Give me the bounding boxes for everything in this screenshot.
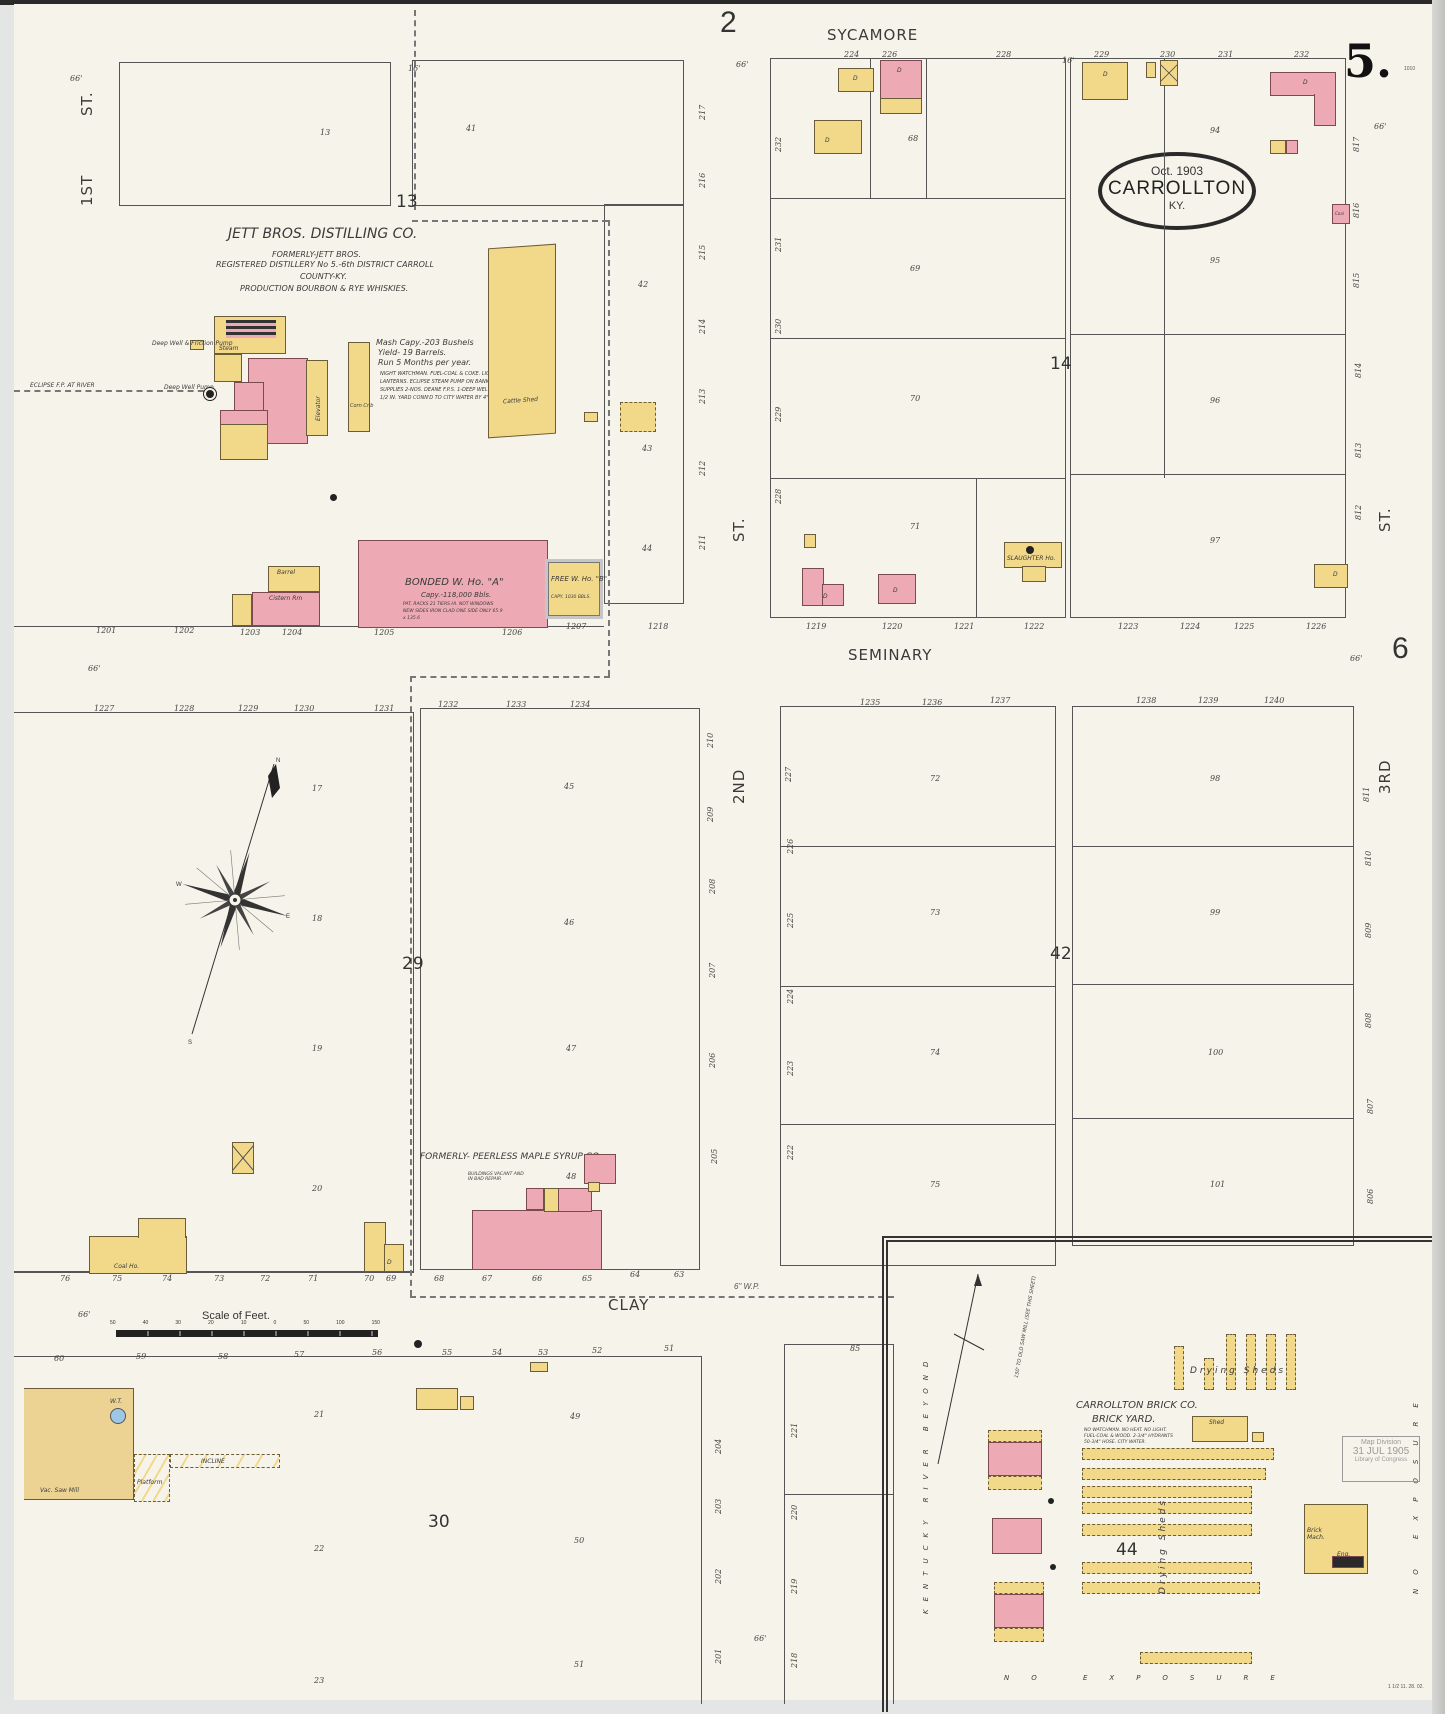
address: 1221: [954, 622, 974, 631]
distillery-formerly: FORMERLY-JETT BROS.: [272, 250, 361, 259]
address: 811: [1362, 787, 1371, 802]
hydrant-dot: [1050, 1564, 1056, 1570]
drying-shed: [1082, 1468, 1266, 1480]
address: 220: [790, 1505, 799, 1520]
address: 223: [786, 1061, 795, 1076]
address: 1230: [294, 704, 314, 713]
address: 206: [708, 1053, 717, 1068]
address: 224: [844, 50, 859, 59]
address: 70: [364, 1274, 374, 1283]
drying-sheds-vertical-label: Drying Sheds: [1158, 1498, 1168, 1594]
adjacent-sheet-top: 2: [720, 6, 737, 40]
address: 1231: [374, 704, 394, 713]
address: 217: [698, 105, 707, 120]
lot-41: [412, 60, 684, 206]
lot-number: 20: [312, 1184, 322, 1193]
lot-number: 100: [1208, 1048, 1223, 1057]
no-exposure-bottom: NO EXPOSURE: [1004, 1674, 1297, 1682]
corner-note: 1 1/2 11. 28. 02.: [1388, 1684, 1424, 1690]
lot-number: 19: [312, 1044, 322, 1053]
water-tank: [110, 1408, 126, 1424]
address: 232: [1294, 50, 1309, 59]
address: 85: [850, 1344, 860, 1353]
mash-capacity: Mash Capy.-203 Bushels: [376, 338, 474, 347]
street-sycamore: SYCAMORE: [827, 26, 918, 44]
address: 226: [882, 50, 897, 59]
street-line-clay: [14, 1272, 414, 1273]
address: 51: [664, 1344, 674, 1353]
lot-divider: [1072, 1118, 1354, 1119]
lot-number: 74: [930, 1048, 940, 1057]
lot-number: 47: [566, 1044, 576, 1053]
address: 64: [630, 1270, 640, 1279]
address: 231: [774, 237, 783, 252]
drying-shed: [1174, 1346, 1184, 1390]
brickyard-notes: NO WATCHMAN. NO HEAT. NO LIGHT. FUEL-COA…: [1084, 1428, 1176, 1446]
address: 1235: [860, 698, 880, 707]
lot-number: 94: [1210, 126, 1220, 135]
kiln: [994, 1594, 1044, 1628]
lot-number: 21: [314, 1410, 324, 1419]
address: 1207: [566, 622, 586, 631]
no-exposure-right: NO EXPOSURE: [1412, 1389, 1420, 1594]
coal-shed: Coal: [1332, 204, 1350, 224]
barn: [416, 1388, 458, 1410]
address: 208: [708, 879, 717, 894]
slaughter-house: SLAUGHTER Ho.: [1004, 542, 1062, 568]
lot-number: 96: [1210, 396, 1220, 405]
peerless-annex-2: [558, 1188, 592, 1212]
library-stamp: Map Division 31 JUL 1905 Library of Cong…: [1342, 1436, 1420, 1482]
drying-shed: [1286, 1334, 1296, 1390]
address: 216: [698, 173, 707, 188]
lot-divider: [1164, 58, 1165, 478]
run-season: Run 5 Months per year.: [378, 358, 471, 367]
deep-well-friction-label: Deep Well & Friction Pump: [152, 340, 233, 347]
address: 218: [790, 1653, 799, 1668]
block-number-30: 30: [428, 1512, 450, 1532]
address: 1238: [1136, 696, 1156, 705]
lot-number: 44: [642, 544, 652, 553]
lot-number: 98: [1210, 774, 1220, 783]
street-first-b: 1ST: [78, 175, 96, 206]
water-main: [410, 1296, 894, 1298]
lot-number: 51: [574, 1660, 584, 1669]
address: 1205: [374, 628, 394, 637]
shed: Shed: [1192, 1416, 1248, 1442]
shed: [804, 534, 816, 548]
lot-13: [119, 62, 391, 206]
lot-divider: [926, 58, 927, 198]
pump-dot: [204, 388, 216, 400]
lot-number: 101: [1210, 1180, 1225, 1189]
address: 52: [592, 1346, 602, 1355]
distillery-county: COUNTY-KY.: [300, 272, 347, 281]
address: 1237: [990, 696, 1010, 705]
scan-right-edge: [1432, 0, 1445, 1714]
address: 1228: [174, 704, 194, 713]
beer-well: [214, 354, 242, 382]
kiln: [988, 1442, 1042, 1476]
block-number-29: 29: [402, 954, 424, 974]
street-width: 66': [754, 1634, 766, 1643]
fermenting-room: [234, 382, 264, 412]
address: 807: [1366, 1099, 1375, 1114]
yeast-room: [220, 424, 268, 460]
street-width: 66': [1374, 122, 1386, 131]
lot-number: 75: [930, 1180, 940, 1189]
drying-shed: [1082, 1448, 1274, 1460]
address: 224: [786, 989, 795, 1004]
dwelling-brick: D: [1270, 72, 1336, 96]
address: 1227: [94, 704, 114, 713]
address: 1240: [1264, 696, 1284, 705]
address: 215: [698, 245, 707, 260]
address: 1203: [240, 628, 260, 637]
address: 58: [218, 1352, 228, 1361]
lot-number: 99: [1210, 908, 1220, 917]
shed: [460, 1396, 474, 1410]
address: 1239: [1198, 696, 1218, 705]
block-number-13: 13: [396, 192, 418, 212]
shed-small: [1252, 1432, 1264, 1442]
lot-number: 70: [910, 394, 920, 403]
peerless-tower-base: [588, 1182, 600, 1192]
drying-shed: [1246, 1334, 1256, 1390]
compass-rose-icon: N W E S: [164, 756, 294, 1046]
brickyard-title: CARROLLTON BRICK CO.: [1076, 1400, 1198, 1411]
street-clay: CLAY: [608, 1296, 649, 1314]
platform: Platform: [134, 1454, 170, 1502]
peerless-note: BUILDINGS VACANT AND IN BAD REPAIR: [468, 1172, 528, 1182]
lot-number: 18: [312, 914, 322, 923]
lot-number: 23: [314, 1676, 324, 1685]
address: 71: [308, 1274, 318, 1283]
address: 214: [698, 319, 707, 334]
lot-number: 46: [564, 918, 574, 927]
address: 54: [492, 1348, 502, 1357]
kiln-shed: [988, 1430, 1042, 1442]
dwelling: D: [1082, 62, 1128, 100]
address: 202: [714, 1569, 723, 1584]
lot-number: 41: [466, 124, 476, 133]
water-main-label: 6" W.P.: [734, 1282, 760, 1291]
address: 1229: [238, 704, 258, 713]
address: 1234: [570, 700, 590, 709]
cistern-room: Cistern Rm: [252, 592, 320, 626]
address: 219: [790, 1579, 799, 1594]
street-second-a: ST.: [730, 517, 748, 542]
address: 230: [1160, 50, 1175, 59]
block-14-east: [1070, 58, 1346, 618]
street-third-b: 3RD: [1376, 759, 1394, 794]
address: 1206: [502, 628, 522, 637]
address: 808: [1364, 1013, 1373, 1028]
page-number: 5.: [1344, 34, 1392, 88]
address: 65: [582, 1274, 592, 1283]
address: 1204: [282, 628, 302, 637]
address: 809: [1364, 923, 1373, 938]
water-main: [410, 676, 412, 1296]
river-label: KENTUCKY RIVER BEYOND: [922, 1354, 930, 1614]
address: 232: [774, 137, 783, 152]
lot-number: 45: [564, 782, 574, 791]
address: 57: [294, 1350, 304, 1359]
alley-width: 16': [1062, 56, 1074, 65]
peerless-annex: [526, 1188, 544, 1210]
lot-number: 72: [930, 774, 940, 783]
address: 1233: [506, 700, 526, 709]
shed-brick: [1286, 140, 1298, 154]
address: 67: [482, 1274, 492, 1283]
address: 205: [710, 1149, 719, 1164]
drying-shed: [1266, 1334, 1276, 1390]
corn-crib: Corn Crib: [348, 342, 370, 432]
adjacent-sheet-right: 6: [1392, 632, 1409, 666]
address: 225: [786, 913, 795, 928]
street-second-b: 2ND: [730, 769, 748, 804]
water-main: [414, 10, 416, 210]
lot-number: 69: [910, 264, 920, 273]
kiln-shed: [988, 1476, 1042, 1490]
address: 201: [714, 1649, 723, 1664]
address: 1236: [922, 698, 942, 707]
block-number-42: 42: [1050, 944, 1072, 964]
water-main: [410, 676, 610, 678]
small-shed: [584, 412, 598, 422]
address: 221: [790, 1423, 799, 1438]
elevator: Elevator: [306, 360, 328, 436]
lot-85: [784, 1344, 894, 1704]
lot-number: 17: [312, 784, 322, 793]
address: 816: [1352, 203, 1361, 218]
svg-text:W: W: [176, 882, 182, 888]
shed-burned: [1160, 60, 1178, 86]
water-tank-label: W.T.: [110, 1398, 122, 1405]
lot-number: 95: [1210, 256, 1220, 265]
address: 814: [1354, 363, 1363, 378]
svg-text:E: E: [286, 914, 290, 920]
lot-number: 68: [908, 134, 918, 143]
address: 63: [674, 1270, 684, 1279]
address: 812: [1354, 505, 1363, 520]
address: 817: [1352, 137, 1361, 152]
scale-ticks: 5040302010050100150: [110, 1320, 380, 1326]
water-main: [608, 220, 610, 676]
lot-number: 48: [566, 1172, 576, 1181]
hydrant-dot: [1048, 1498, 1054, 1504]
shed: [1146, 62, 1156, 78]
address: 213: [698, 389, 707, 404]
bonded-warehouse-a: BONDED W. Ho. "A" Capy.-118,000 Bbls. PA…: [358, 540, 548, 628]
address: 815: [1352, 273, 1361, 288]
address: 76: [60, 1274, 70, 1283]
well-dot: [1026, 546, 1034, 554]
kiln: [992, 1518, 1042, 1554]
dwelling-wing: D: [384, 1244, 404, 1272]
street-width: 66': [736, 60, 748, 69]
address: 222: [786, 1145, 795, 1160]
map-sheet: 5. 2 6 Oct. 1903 CARROLLTON KY. SYCAMORE…: [14, 4, 1434, 1700]
lot-divider: [780, 846, 1056, 847]
kiln-shed: [994, 1628, 1044, 1642]
address: 211: [698, 535, 707, 550]
address: 231: [1218, 50, 1233, 59]
lot-divider: [770, 478, 1066, 479]
hydrant-dot: [414, 1340, 422, 1348]
address: 74: [162, 1274, 172, 1283]
address: 228: [774, 489, 783, 504]
dwelling-brick: D: [878, 574, 916, 604]
address: 75: [112, 1274, 122, 1283]
svg-text:S: S: [188, 1040, 192, 1046]
lot-divider: [976, 478, 977, 618]
lot-number: 50: [574, 1536, 584, 1545]
distillery-title: JETT BROS. DISTILLING CO.: [228, 226, 417, 242]
lot-number: 13: [320, 128, 330, 137]
address: 1232: [438, 700, 458, 709]
burned-shed: [232, 1142, 254, 1174]
lot-divider: [1070, 334, 1346, 335]
lot-divider: [770, 338, 1066, 339]
block-number-14: 14: [1050, 354, 1072, 374]
address: 210: [706, 733, 715, 748]
svg-text:N: N: [276, 758, 280, 764]
address: 1222: [1024, 622, 1044, 631]
address: 228: [996, 50, 1011, 59]
address: 1223: [1118, 622, 1138, 631]
coal-house-upper: [138, 1218, 186, 1238]
page-code: 1010: [1404, 66, 1415, 72]
water-main: [412, 220, 608, 222]
address: 72: [260, 1274, 270, 1283]
slaughter-house-annex: [1022, 566, 1046, 582]
lot-divider: [780, 1124, 1056, 1125]
address: 1201: [96, 626, 116, 635]
shed-2: [620, 402, 656, 432]
cattle-shed: Cattle Shed: [488, 244, 556, 439]
address: 60: [54, 1354, 64, 1363]
address: 806: [1366, 1189, 1375, 1204]
lot-number: 43: [642, 444, 652, 453]
distillery-production: PRODUCTION BOURBON & RYE WHISKIES.: [240, 284, 408, 293]
peerless-main: [472, 1210, 602, 1270]
dwelling-brick: D: [880, 60, 922, 100]
distillery-registered: REGISTERED DISTILLERY No 5.-6th DISTRICT…: [216, 260, 434, 269]
address: 226: [786, 839, 795, 854]
drying-shed: [1082, 1486, 1252, 1498]
shed: [1270, 140, 1286, 154]
address: 230: [774, 319, 783, 334]
address: 1218: [648, 622, 668, 631]
drying-shed: [1226, 1334, 1236, 1390]
lot-number: 73: [930, 908, 940, 917]
street-first-a: ST.: [78, 91, 96, 116]
peerless-title: FORMERLY- PEERLESS MAPLE SYRUP CO.: [420, 1152, 602, 1162]
address: 209: [706, 807, 715, 822]
address: 55: [442, 1348, 452, 1357]
lot-divider: [770, 198, 1066, 199]
yield: Yield- 19 Barrels.: [378, 348, 446, 357]
dwelling-brick: D: [822, 584, 844, 606]
address: 212: [698, 461, 707, 476]
boiler-bars: [226, 320, 276, 338]
drying-shed: [1140, 1652, 1252, 1664]
dwelling-brick: [802, 568, 824, 606]
address: 56: [372, 1348, 382, 1357]
lot-number: 71: [910, 522, 920, 531]
street-seminary: SEMINARY: [848, 646, 932, 664]
lot-number: 49: [570, 1412, 580, 1421]
address: 207: [708, 963, 717, 978]
address: 810: [1364, 851, 1373, 866]
block-29-east: [420, 708, 700, 1270]
lot-divider: [780, 986, 1056, 987]
address: 204: [714, 1439, 723, 1454]
lot-number: 22: [314, 1544, 324, 1553]
street-width: 66': [1350, 654, 1362, 663]
address: 1220: [882, 622, 902, 631]
address: 53: [538, 1348, 548, 1357]
street-width: 66': [70, 74, 82, 83]
incline: INCLINE: [170, 1454, 280, 1468]
address: 229: [1094, 50, 1109, 59]
scale-bar: [116, 1330, 378, 1337]
address: 68: [434, 1274, 444, 1283]
barrel-house: Barrel: [268, 566, 320, 592]
brickyard-subtitle: BRICK YARD.: [1092, 1414, 1155, 1425]
address: 59: [136, 1352, 146, 1361]
alley-width: 16': [408, 64, 420, 73]
dwelling-brick-wing: [1314, 94, 1336, 126]
street-third-a: ST.: [1376, 507, 1394, 532]
coal-house: Coal Ho.: [89, 1236, 187, 1274]
address: 229: [774, 407, 783, 422]
cooperage: [232, 594, 252, 626]
dwelling-rear: [880, 98, 922, 114]
engine-block: [1332, 1556, 1364, 1568]
hydrant-dot: [330, 494, 337, 501]
block-42-east: [1072, 706, 1354, 1246]
street-width: 66': [78, 1310, 90, 1319]
kiln-shed: [994, 1582, 1044, 1594]
address: 1219: [806, 622, 826, 631]
address: 69: [386, 1274, 396, 1283]
lot-divider: [784, 1494, 894, 1495]
dwelling: D: [838, 68, 874, 92]
drying-sheds-label: Drying Sheds: [1190, 1366, 1286, 1376]
street-width: 66': [88, 664, 100, 673]
dwelling: D: [1314, 564, 1348, 588]
address: 1226: [1306, 622, 1326, 631]
address: 813: [1354, 443, 1363, 458]
shed-small: [530, 1362, 548, 1372]
address: 1202: [174, 626, 194, 635]
lot-number: 42: [638, 280, 648, 289]
lot-divider: [1072, 984, 1354, 985]
address: 203: [714, 1499, 723, 1514]
address: 227: [784, 767, 793, 782]
free-warehouse-b: FREE W. Ho. "B" CAPY. 1030 BBLS.: [548, 562, 600, 616]
drying-shed: [1082, 1582, 1260, 1594]
dwelling: [364, 1222, 386, 1272]
address: 1225: [1234, 622, 1254, 631]
lot-divider: [1070, 474, 1346, 475]
address: 66: [532, 1274, 542, 1283]
address: 73: [214, 1274, 224, 1283]
dwelling: D: [814, 120, 862, 154]
eclipse-label: ECLIPSE F.P. AT RIVER: [30, 382, 95, 389]
